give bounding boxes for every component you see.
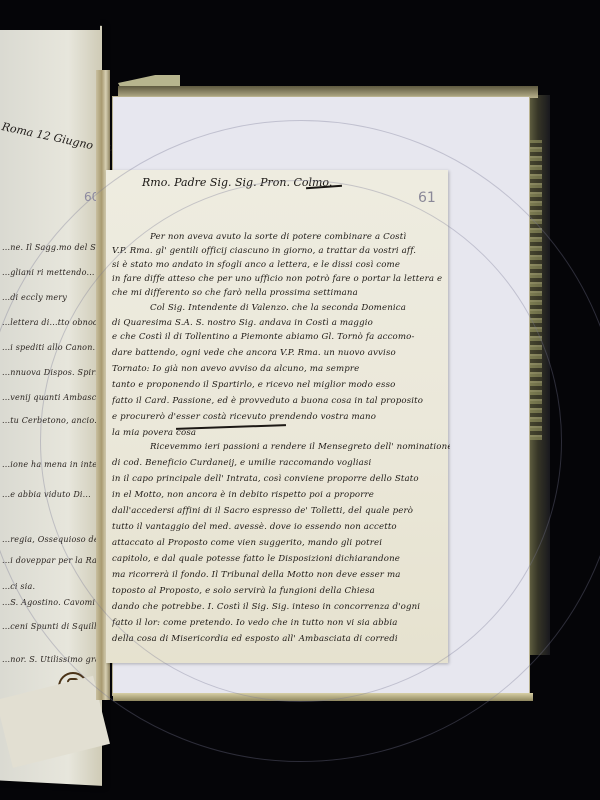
- letter-folio-number: 61: [418, 190, 436, 206]
- letter-line: Tornato: Io già non avevo avviso da alcu…: [112, 364, 452, 374]
- letter-line: dando che potrebbe. I. Costì il Sig. Sig…: [112, 602, 452, 612]
- left-page-line: ...gliani ri mettendo...: [2, 268, 95, 277]
- letter-line: in el Motto, non ancora è in debito risp…: [112, 490, 452, 500]
- left-page-line: ...di eccly mery: [2, 293, 67, 302]
- letter-line: toposto al Proposto, e solo servirà la f…: [112, 586, 452, 596]
- manuscript-letter: Rmo. Padre Sig. Sig. Pron. Colmo. 61 Per…: [106, 170, 448, 663]
- letter-line: dall'accedersi affini di il Sacro espres…: [112, 506, 452, 516]
- left-page-line: ...S. Agostino. Cavomi...: [2, 598, 103, 607]
- letter-line: capitolo, e dal quale potesse fatto le D…: [112, 554, 452, 564]
- letter-line: e procurerò d'esser costà ricevuto prend…: [112, 412, 452, 422]
- letter-salutation: Rmo. Padre Sig. Sig. Pron. Colmo.: [142, 176, 332, 189]
- letter-line: attaccato al Proposto come vien suggerit…: [112, 538, 452, 548]
- letter-line: fatto il Card. Passione, ed è provveduto…: [112, 396, 452, 406]
- letter-line: e che Costì il di Tollentino a Piemonte …: [112, 332, 452, 342]
- mount-bottom-edge: [113, 693, 533, 701]
- letter-line: Ricevemmo ieri passioni a rendere il Men…: [150, 442, 450, 452]
- letter-line: V.P. Rma. gl' gentili officij ciascuno i…: [112, 246, 452, 256]
- letter-line: Per non aveva avuto la sorte di potere c…: [150, 232, 450, 242]
- left-page-line: ...tu Cerbetono, ancio...: [2, 416, 102, 425]
- letter-line: in fare diffe atteso che per uno ufficio…: [112, 274, 452, 284]
- letter-line: di cod. Beneficio Curdaneij, e umilie ra…: [112, 458, 452, 468]
- left-page-line: ...e abbia viduto Di...: [2, 490, 91, 499]
- letter-line: della cosa di Misericordia ed esposto al…: [112, 634, 452, 644]
- left-page-line: ...ci sia.: [2, 582, 35, 591]
- letter-line: fatto il lor: come pretendo. Io vedo che…: [112, 618, 452, 628]
- letter-line: di Quaresima S.A. S. nostro Sig. andava …: [112, 318, 452, 328]
- marbled-board-strip: [528, 140, 542, 440]
- letter-line: in il capo principale dell' Intrata, cos…: [112, 474, 452, 484]
- left-page-line: ...i spediti allo Canon...: [2, 343, 101, 352]
- letter-line: dare battendo, ogni vede che ancora V.P.…: [112, 348, 452, 358]
- letter-line: la mia povera cosa: [112, 428, 452, 438]
- letter-line: Col Sig. Intendente di Valenzo. che la s…: [150, 303, 450, 313]
- page-shadow: [0, 0, 100, 30]
- letter-line: si è stato mo andato in sfogli anco a le…: [112, 260, 452, 270]
- letter-line: tutto il vantaggio del med. avessè. dove…: [112, 522, 452, 532]
- left-page-line: ...ceni Spunti di Squill...: [2, 622, 105, 631]
- letter-line: tanto e proponendo il Spartirlo, e ricev…: [112, 380, 452, 390]
- left-page-line: ...lettera di...tto obnodi...: [2, 318, 109, 327]
- letter-line: che mi differento so che farò nella pros…: [112, 288, 452, 298]
- letter-line: ma ricorrerà il fondo. Il Tribunal della…: [112, 570, 452, 580]
